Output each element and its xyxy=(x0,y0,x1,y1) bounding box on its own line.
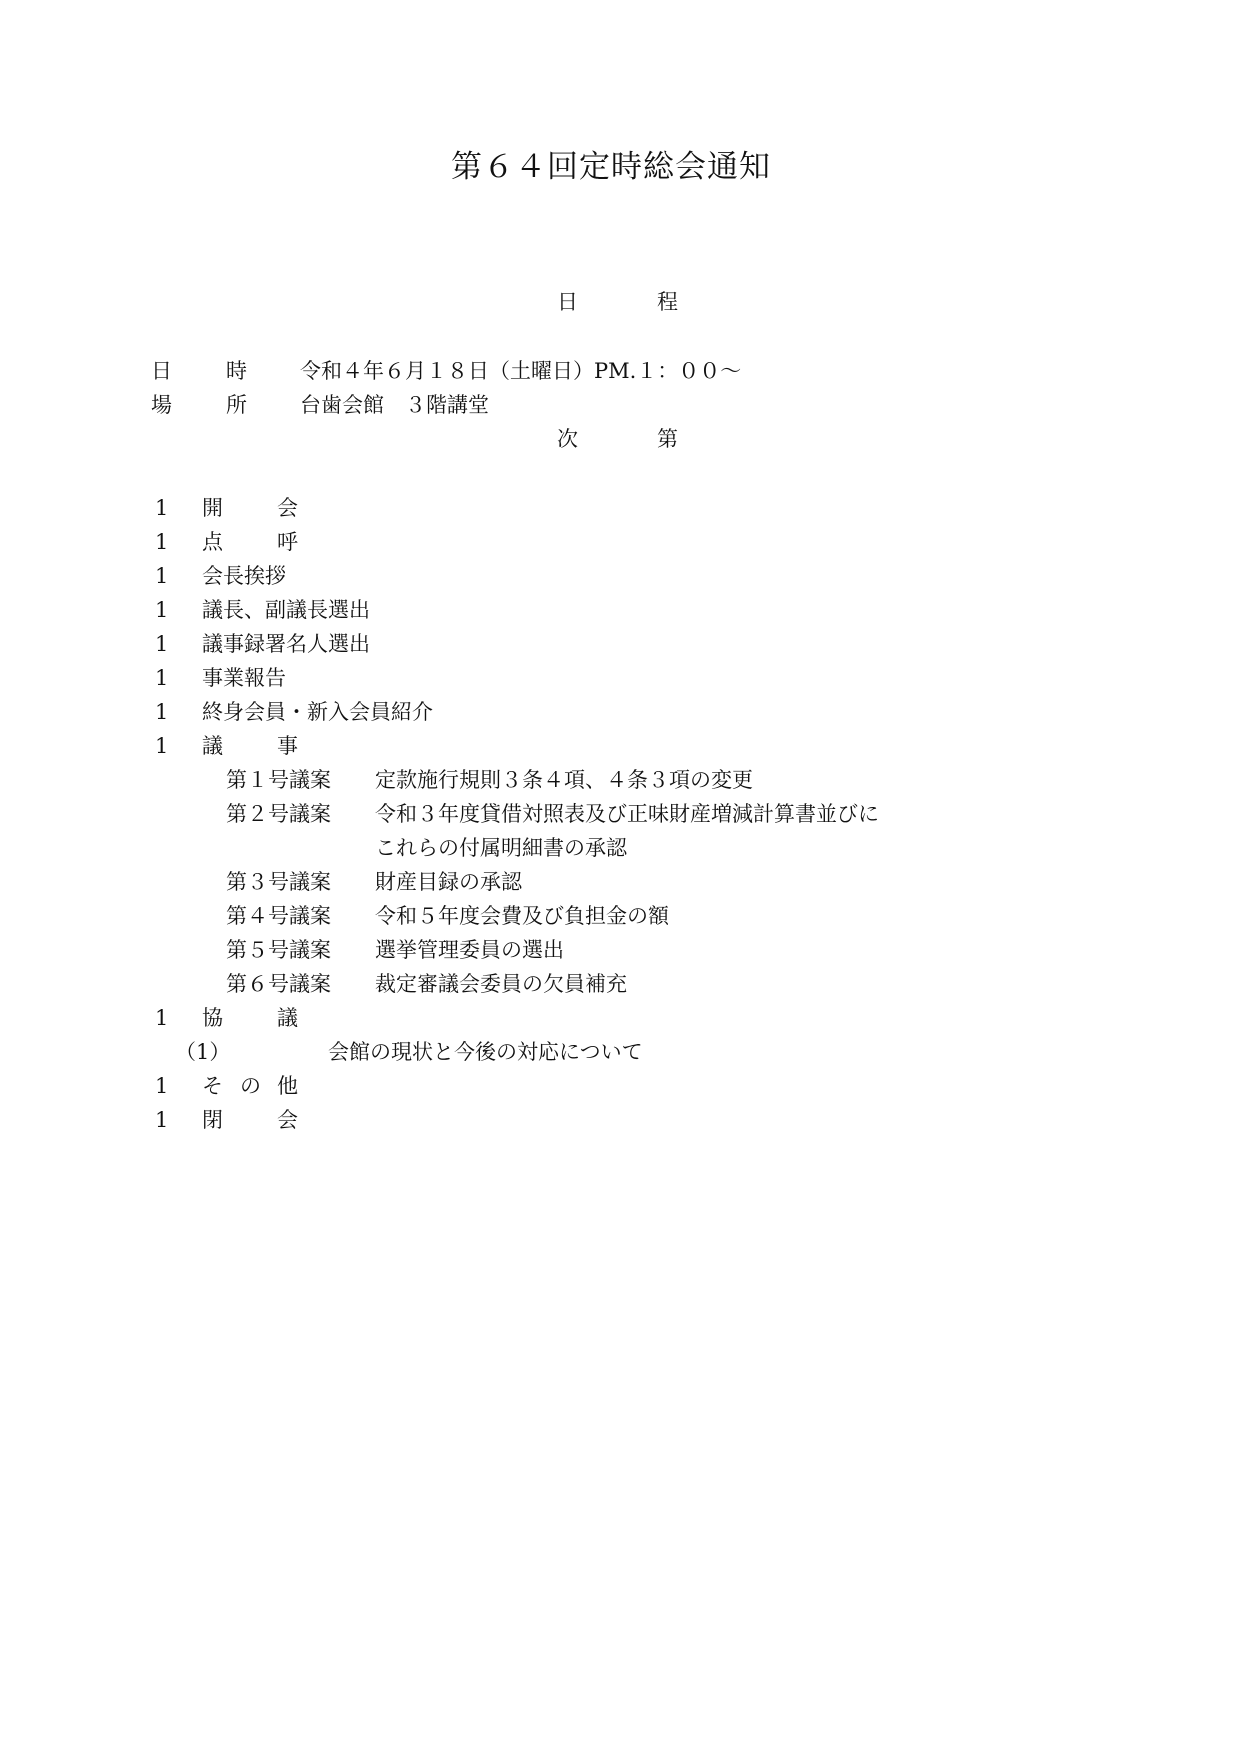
agenda-other-3: 他 xyxy=(277,1073,298,1099)
proposal-text: 令和５年度会費及び負担金の額 xyxy=(375,903,669,929)
agenda-item: 議長、副議長選出 xyxy=(202,597,370,623)
agenda-num: 1 xyxy=(155,1005,168,1031)
agenda-num: 1 xyxy=(155,1073,168,1099)
proposal-text: 選挙管理委員の選出 xyxy=(375,937,564,963)
agenda-proceedings-1: 議 xyxy=(202,733,223,759)
datetime-label-2: 時 xyxy=(226,358,247,384)
agenda-num: 1 xyxy=(155,733,168,759)
page-title: 第６４回定時総会通知 xyxy=(451,148,771,186)
agenda-discussion-2: 議 xyxy=(277,1005,298,1031)
discussion-sub-text: 会館の現状と今後の対応について xyxy=(328,1039,643,1065)
agenda-rollcall-1: 点 xyxy=(202,529,223,555)
schedule-heading-2: 程 xyxy=(657,289,678,315)
proposal-text: 財産目録の承認 xyxy=(375,869,522,895)
agenda-closing-2: 会 xyxy=(277,1107,298,1133)
agenda-opening-2: 会 xyxy=(277,495,298,521)
proposal-id: 第２号議案 xyxy=(226,801,331,827)
datetime-label-1: 日 xyxy=(151,358,172,384)
proposal-id: 第４号議案 xyxy=(226,903,331,929)
agenda-num: 1 xyxy=(155,563,168,589)
proposal-id: 第５号議案 xyxy=(226,937,331,963)
agenda-rollcall-2: 呼 xyxy=(277,529,298,555)
venue-label-2: 所 xyxy=(226,392,247,418)
agenda-item: 会長挨拶 xyxy=(202,563,286,589)
agenda-num: 1 xyxy=(155,665,168,691)
agenda-proceedings-2: 事 xyxy=(277,733,298,759)
datetime-value: 令和４年６月１８日（土曜日）PM.１：００～ xyxy=(300,358,741,384)
schedule-heading-1: 日 xyxy=(557,289,578,315)
proposal-text: 定款施行規則３条４項、４条３項の変更 xyxy=(375,767,753,793)
agenda-heading-2: 第 xyxy=(657,426,678,452)
agenda-item: 議事録署名人選出 xyxy=(202,631,370,657)
agenda-closing-1: 閉 xyxy=(202,1107,223,1133)
agenda-opening-1: 開 xyxy=(202,495,223,521)
agenda-num: 1 xyxy=(155,597,168,623)
agenda-num: 1 xyxy=(155,631,168,657)
proposal-id: 第３号議案 xyxy=(226,869,331,895)
agenda-discussion-1: 協 xyxy=(202,1005,223,1031)
agenda-item: 終身会員・新入会員紹介 xyxy=(202,699,433,725)
venue-label-1: 場 xyxy=(151,392,172,418)
proposal-id: 第１号議案 xyxy=(226,767,331,793)
venue-value: 台歯会館 ３階講堂 xyxy=(300,392,489,418)
discussion-sub-num: （1） xyxy=(175,1039,230,1065)
proposal-text-cont: これらの付属明細書の承認 xyxy=(375,835,627,861)
proposal-text: 令和３年度貸借対照表及び正味財産増減計算書並びに xyxy=(375,801,879,827)
agenda-num: 1 xyxy=(155,1107,168,1133)
proposal-text: 裁定審議会委員の欠員補充 xyxy=(375,971,627,997)
agenda-heading-1: 次 xyxy=(557,426,578,452)
agenda-num: 1 xyxy=(155,699,168,725)
agenda-num: 1 xyxy=(155,529,168,555)
agenda-item: 事業報告 xyxy=(202,665,286,691)
agenda-other-2: の xyxy=(240,1073,261,1099)
agenda-num: 1 xyxy=(155,495,168,521)
agenda-other-1: そ xyxy=(202,1073,223,1099)
proposal-id: 第６号議案 xyxy=(226,971,331,997)
